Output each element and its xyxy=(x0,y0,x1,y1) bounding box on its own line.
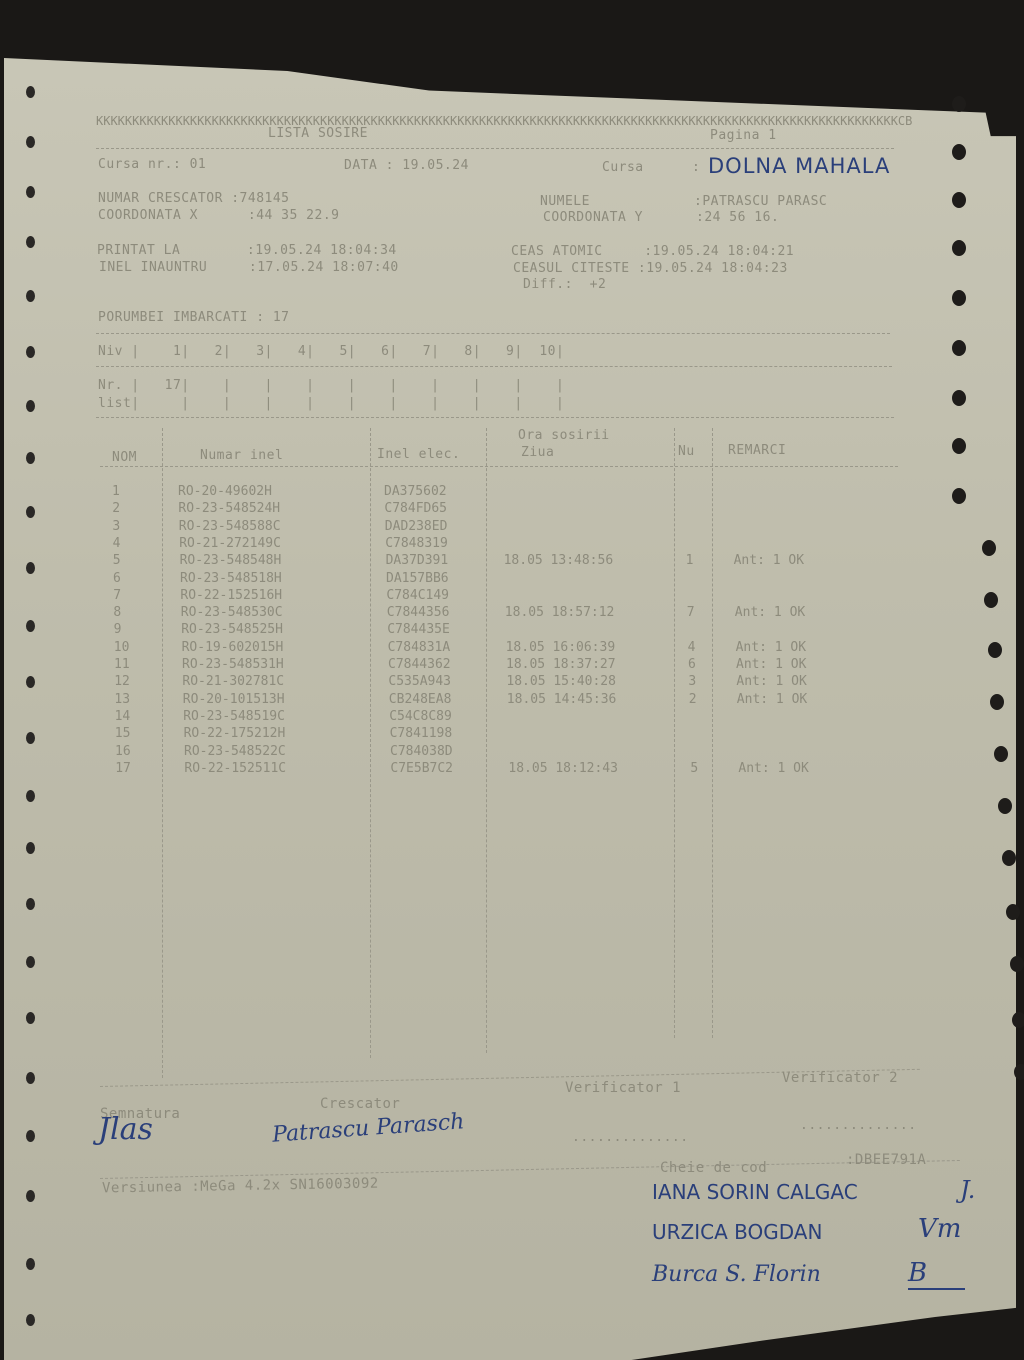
header-ora-sosirii: Ora sosirii xyxy=(518,428,610,443)
cell-nu: 4 xyxy=(688,640,696,655)
cell-nom: 9 xyxy=(114,622,122,637)
header-banner: KKKKKKKKKKKKKKKKKKKKKKKKKKKKKKKKKKKKKKKK… xyxy=(96,114,912,128)
cell-nom: 14 xyxy=(115,709,131,724)
cell-nom: 12 xyxy=(114,674,130,689)
cell-nom: 4 xyxy=(113,536,121,551)
nr-row: Nr. | 17| | | | | | | | | | xyxy=(98,378,564,393)
cell-nu: 7 xyxy=(687,605,695,620)
cell-nu: 1 xyxy=(686,553,694,568)
header-numar-inel: Numar inel xyxy=(200,448,283,463)
cell-remarci: Ant: 1 OK xyxy=(736,674,806,689)
cell-nom: 2 xyxy=(112,501,120,516)
cell-numar-inel: RO-23-548518H xyxy=(180,571,282,586)
header-remarci: REMARCI xyxy=(728,443,786,458)
cell-numar-inel: RO-23-548524H xyxy=(178,501,280,516)
race-date: DATA : 19.05.24 xyxy=(344,158,469,173)
verifier-signature-1: J. xyxy=(960,1176,975,1204)
verificator2-dots: .............. xyxy=(800,1118,917,1133)
divider xyxy=(96,148,894,149)
numar-crescator: NUMAR CRESCATOR :748145 xyxy=(98,191,290,206)
list-row: list| | | | | | | | | | | xyxy=(98,396,564,411)
ceasul-citeste: CEASUL CITESTE :19.05.24 18:04:23 xyxy=(513,261,788,276)
cell-numar-inel: RO-23-548519C xyxy=(183,709,285,724)
cell-inel-elec: C784831A xyxy=(388,640,451,655)
crescator-label: Crescator xyxy=(320,1096,400,1112)
niv-row: Niv | 1| 2| 3| 4| 5| 6| 7| 8| 9| 10| xyxy=(98,344,564,359)
cell-inel-elec: C784435E xyxy=(387,622,450,637)
cell-nu: 6 xyxy=(688,657,696,672)
verifier-signature-3: B xyxy=(908,1258,965,1290)
cell-numar-inel: RO-23-548588C xyxy=(179,519,281,534)
cell-nom: 15 xyxy=(115,726,131,741)
cell-remarci: Ant: 1 OK xyxy=(735,605,805,620)
cell-numar-inel: RO-22-152511C xyxy=(184,761,286,776)
verifier-signature-2: Vm xyxy=(918,1214,961,1244)
cell-numar-inel: RO-22-175212H xyxy=(184,726,286,741)
page-title: LISTA SOSIRE xyxy=(268,126,368,141)
cell-numar-inel: RO-23-548548H xyxy=(180,553,282,568)
cell-nu: 5 xyxy=(690,761,698,776)
cell-remarci: Ant: 1 OK xyxy=(736,640,806,655)
cell-inel-elec: DA157BB6 xyxy=(386,571,449,586)
ceas-atomic: CEAS ATOMIC :19.05.24 18:04:21 xyxy=(511,244,794,259)
cell-ora-sosirii: 18.05 18:57:12 xyxy=(505,605,615,620)
cell-numar-inel: RO-20-101513H xyxy=(183,692,285,707)
semnatura-signature: Jlas xyxy=(98,1112,153,1147)
column-rule xyxy=(370,428,371,1058)
header-nu: Nu xyxy=(678,444,695,459)
cell-inel-elec: C784038D xyxy=(390,744,453,759)
cell-numar-inel: RO-19-602015H xyxy=(182,640,284,655)
cell-inel-elec: C54C8C89 xyxy=(389,709,452,724)
cheie-de-cod-value: :DBEE791A xyxy=(846,1152,926,1168)
divider xyxy=(96,333,890,334)
cell-numar-inel: RO-23-548525H xyxy=(181,622,283,637)
divider xyxy=(96,417,894,418)
column-rule xyxy=(712,428,713,1038)
cursa-location-handwritten: DOLNA MAHALA xyxy=(708,154,890,178)
verifier-name-1: IANA SORIN CALGAC xyxy=(652,1180,858,1204)
numele-label: NUMELE xyxy=(540,194,590,209)
cheie-de-cod-label: Cheie de cod xyxy=(660,1160,767,1176)
cell-nom: 7 xyxy=(113,588,121,603)
cell-inel-elec: C7844362 xyxy=(388,657,451,672)
cell-inel-elec: C535A943 xyxy=(388,674,451,689)
cell-nu: 2 xyxy=(689,692,697,707)
clock-diff: Diff.: +2 xyxy=(523,277,606,292)
header-nom: NOM xyxy=(112,450,137,465)
cell-nom: 11 xyxy=(114,657,130,672)
cell-ora-sosirii: 18.05 16:06:39 xyxy=(506,640,616,655)
cell-numar-inel: RO-23-548522C xyxy=(184,744,286,759)
divider xyxy=(96,366,892,367)
cell-inel-elec: DAD238ED xyxy=(385,519,448,534)
printat-la: PRINTAT LA :19.05.24 18:04:34 xyxy=(97,243,397,258)
verificator2-label: Verificator 2 xyxy=(782,1070,898,1086)
column-rule xyxy=(162,428,163,1078)
coordonata-y-value: :24 56 16. xyxy=(696,210,779,225)
cursa-label: Cursa xyxy=(602,160,644,175)
cell-inel-elec: DA375602 xyxy=(384,484,447,499)
cell-nom: 1 xyxy=(112,484,120,499)
cell-numar-inel: RO-20-49602H xyxy=(178,484,272,499)
cell-nom: 17 xyxy=(115,761,131,776)
divider xyxy=(100,466,898,467)
coordonata-x: COORDONATA X :44 35 22.9 xyxy=(98,208,339,223)
cell-ora-sosirii: 18.05 13:48:56 xyxy=(504,553,614,568)
cell-remarci: Ant: 1 OK xyxy=(738,761,808,776)
cell-nu: 3 xyxy=(688,674,696,689)
cell-ora-sosirii: 18.05 18:37:27 xyxy=(506,657,616,672)
verificator1-dots: .............. xyxy=(572,1130,689,1145)
verifier-name-2: URZICA BOGDAN xyxy=(652,1220,822,1244)
header-inel-elec: Inel elec. xyxy=(377,447,460,462)
column-rule xyxy=(486,428,487,1053)
cell-nom: 8 xyxy=(113,605,121,620)
cell-nom: 10 xyxy=(114,640,130,655)
cell-numar-inel: RO-22-152516H xyxy=(180,588,282,603)
cell-numar-inel: RO-21-302781C xyxy=(182,674,284,689)
page-number: Pagina 1 xyxy=(710,128,777,143)
cell-remarci: Ant: 1 OK xyxy=(737,692,807,707)
numele-value: :PATRASCU PARASC xyxy=(694,194,827,209)
cell-numar-inel: RO-23-548530C xyxy=(181,605,283,620)
cell-ora-sosirii: 18.05 15:40:28 xyxy=(506,674,616,689)
cell-inel-elec: CB248EA8 xyxy=(389,692,452,707)
cell-nom: 5 xyxy=(113,553,121,568)
porumbei-imbarcati: PORUMBEI IMBARCATI : 17 xyxy=(98,310,290,325)
cell-remarci: Ant: 1 OK xyxy=(734,553,804,568)
header-ziua: Ziua xyxy=(521,445,554,460)
cell-nom: 16 xyxy=(115,744,131,759)
cell-remarci: Ant: 1 OK xyxy=(736,657,806,672)
cell-inel-elec: DA37D391 xyxy=(386,553,449,568)
cell-inel-elec: C7841198 xyxy=(390,726,453,741)
cell-numar-inel: RO-23-548531H xyxy=(182,657,284,672)
cell-numar-inel: RO-21-272149C xyxy=(179,536,281,551)
cell-nom: 13 xyxy=(114,692,130,707)
verifier-name-3: Burca S. Florin xyxy=(652,1262,821,1287)
cell-inel-elec: C7844356 xyxy=(387,605,450,620)
inel-inauntru: INEL INAUNTRU :17.05.24 18:07:40 xyxy=(99,260,399,275)
cell-inel-elec: C784C149 xyxy=(386,588,449,603)
cell-nom: 6 xyxy=(113,571,121,586)
cell-ora-sosirii: 18.05 18:12:43 xyxy=(508,761,618,776)
cursa-nr: Cursa nr.: 01 xyxy=(98,157,206,172)
verificator1-label: Verificator 1 xyxy=(565,1080,681,1096)
cell-ora-sosirii: 18.05 14:45:36 xyxy=(507,692,617,707)
cell-nom: 3 xyxy=(112,519,120,534)
cell-inel-elec: C784FD65 xyxy=(384,501,447,516)
coordonata-y-label: COORDONATA Y xyxy=(543,210,643,225)
cell-inel-elec: C7E5B7C2 xyxy=(390,761,453,776)
column-rule xyxy=(674,428,675,1038)
cell-inel-elec: C7848319 xyxy=(385,536,448,551)
